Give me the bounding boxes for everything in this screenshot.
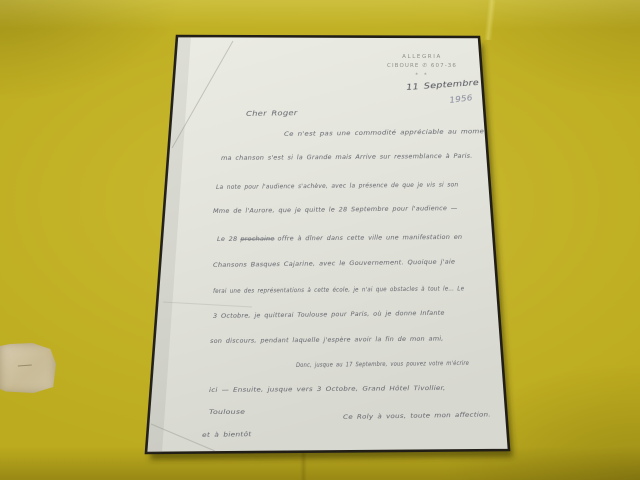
struck-word: prochaine: [240, 234, 274, 242]
patch-marking: [18, 365, 32, 372]
line-fragment: Le 28: [217, 235, 237, 243]
letterhead-phone: CIBOURE ✆ 607-36: [357, 63, 487, 69]
photo-canvas: ALLEGRIA CIBOURE ✆ 607-36 ∗ ∗ 11 Septemb…: [0, 0, 640, 480]
line-fragment: offre à dîner dans cette ville une manif…: [278, 233, 463, 243]
handwriting-line: ici — Ensuite, jusque vers 3 Octobre, Gr…: [209, 385, 446, 394]
salutation: Cher Roger: [246, 110, 298, 118]
tape-residue-patch: [0, 343, 56, 393]
postscript-line: et à bientôt: [202, 431, 252, 438]
letterhead-name: ALLEGRIA: [357, 54, 487, 60]
handwriting-line: Toulouse: [209, 409, 245, 416]
letterhead-ornament: ∗ ∗: [357, 71, 487, 76]
